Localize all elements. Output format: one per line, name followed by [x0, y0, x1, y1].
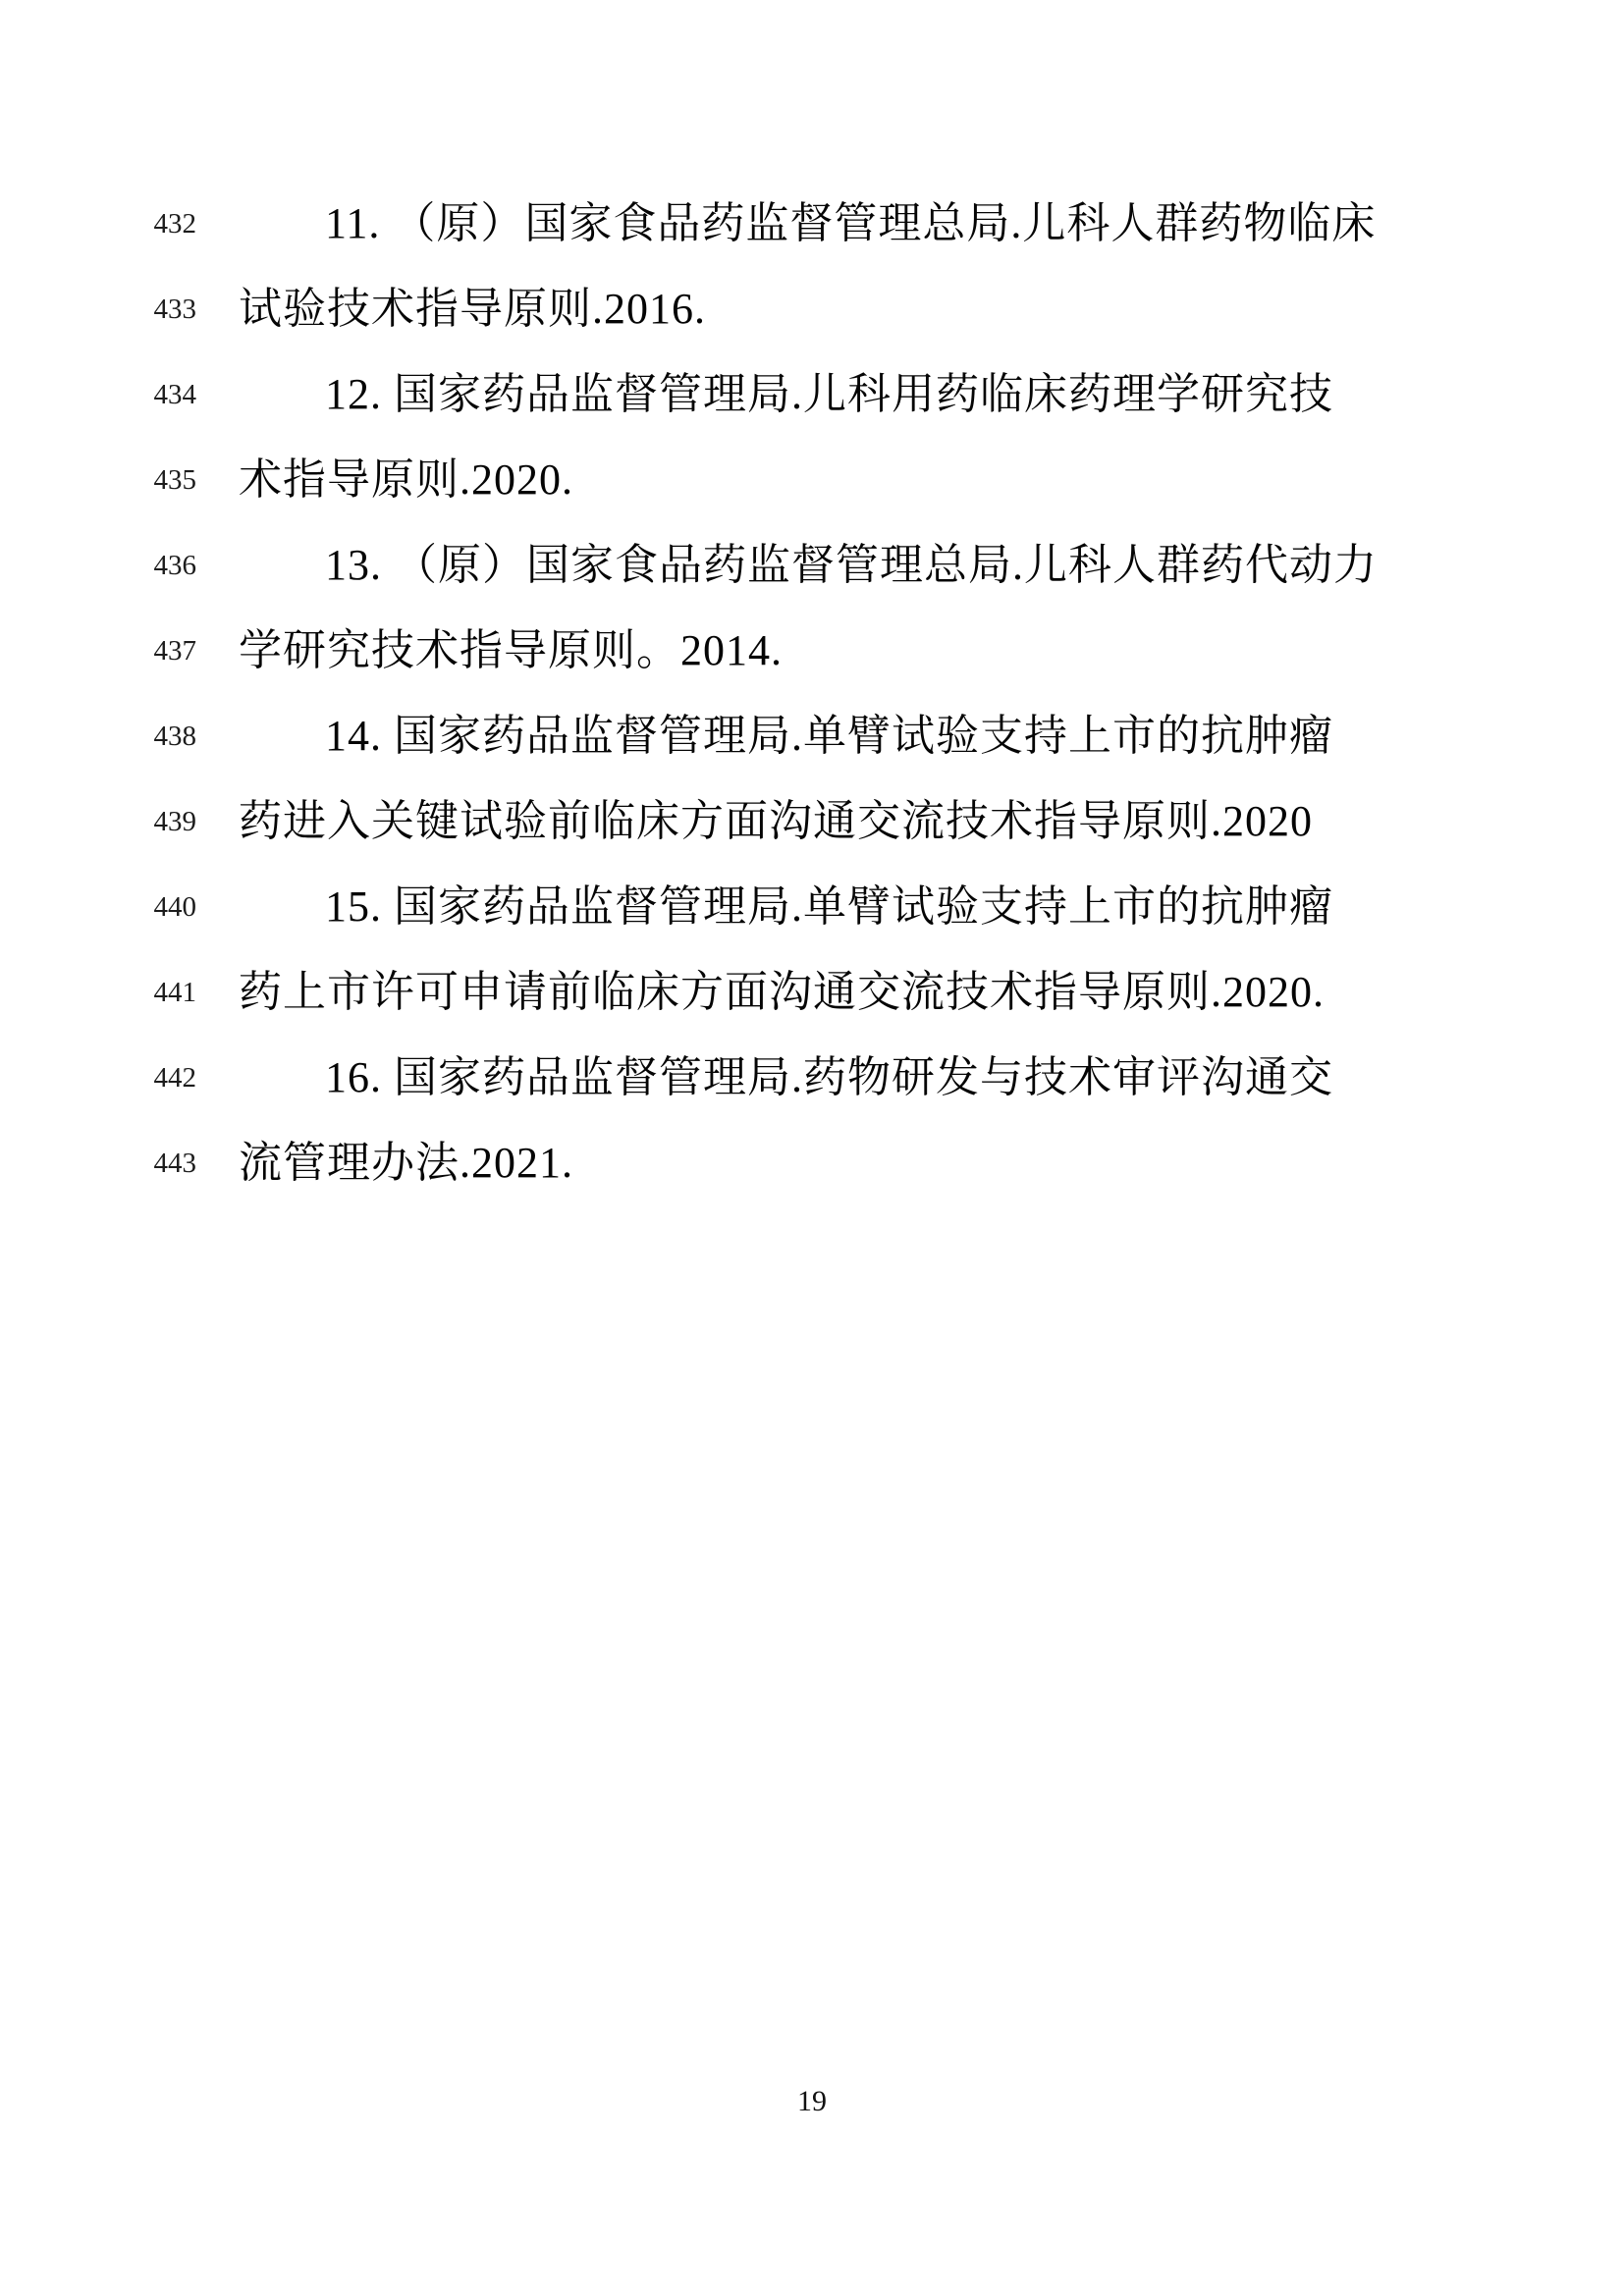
reference-line-text: 15. 国家药品监督管理局.单臂试验支持上市的抗肿瘤 — [239, 882, 1382, 933]
document-line: 443 流管理办法.2021. — [0, 1121, 1624, 1206]
document-line: 440 15. 国家药品监督管理局.单臂试验支持上市的抗肿瘤 — [0, 865, 1624, 950]
line-number: 440 — [0, 893, 196, 922]
reference-line-text: 试验技术指导原则.2016. — [239, 285, 1382, 335]
document-line: 439 药进入关键试验前临床方面沟通交流技术指导原则.2020 — [0, 779, 1624, 865]
reference-line-text: 学研究技术指导原则。2014. — [239, 626, 1382, 676]
page-number: 19 — [797, 2085, 827, 2117]
document-page: 432 11. （原）国家食品药监督管理总局.儿科人群药物临床 433 试验技术… — [0, 0, 1624, 2296]
reference-line-text: 术指导原则.2020. — [239, 455, 1382, 506]
reference-line-text: 13. （原）国家食品药监督管理总局.儿科人群药代动力 — [239, 541, 1382, 591]
document-line: 442 16. 国家药品监督管理局.药物研发与技术审评沟通交 — [0, 1036, 1624, 1121]
line-number: 434 — [0, 381, 196, 409]
line-number: 438 — [0, 722, 196, 751]
document-line: 434 12. 国家药品监督管理局.儿科用药临床药理学研究技 — [0, 352, 1624, 438]
document-line: 433 试验技术指导原则.2016. — [0, 267, 1624, 352]
document-line: 435 术指导原则.2020. — [0, 438, 1624, 523]
line-number: 439 — [0, 808, 196, 836]
document-line: 436 13. （原）国家食品药监督管理总局.儿科人群药代动力 — [0, 523, 1624, 609]
line-number: 442 — [0, 1064, 196, 1093]
references-list: 432 11. （原）国家食品药监督管理总局.儿科人群药物临床 433 试验技术… — [0, 182, 1624, 1206]
reference-line-text: 12. 国家药品监督管理局.儿科用药临床药理学研究技 — [239, 370, 1382, 420]
page-footer: 19 — [0, 2085, 1624, 2118]
line-number: 435 — [0, 466, 196, 495]
document-line: 441 药上市许可申请前临床方面沟通交流技术指导原则.2020. — [0, 950, 1624, 1036]
line-number: 437 — [0, 637, 196, 666]
document-line: 432 11. （原）国家食品药监督管理总局.儿科人群药物临床 — [0, 182, 1624, 267]
reference-line-text: 药进入关键试验前临床方面沟通交流技术指导原则.2020 — [239, 797, 1382, 847]
line-number: 441 — [0, 979, 196, 1007]
reference-line-text: 流管理办法.2021. — [239, 1139, 1382, 1189]
line-number: 436 — [0, 552, 196, 580]
line-number: 443 — [0, 1149, 196, 1178]
reference-line-text: 11. （原）国家食品药监督管理总局.儿科人群药物临床 — [239, 199, 1382, 249]
reference-line-text: 16. 国家药品监督管理局.药物研发与技术审评沟通交 — [239, 1053, 1382, 1103]
line-number: 432 — [0, 210, 196, 239]
document-line: 438 14. 国家药品监督管理局.单臂试验支持上市的抗肿瘤 — [0, 694, 1624, 779]
line-number: 433 — [0, 295, 196, 324]
reference-line-text: 药上市许可申请前临床方面沟通交流技术指导原则.2020. — [239, 968, 1382, 1018]
reference-line-text: 14. 国家药品监督管理局.单臂试验支持上市的抗肿瘤 — [239, 712, 1382, 762]
document-line: 437 学研究技术指导原则。2014. — [0, 609, 1624, 694]
